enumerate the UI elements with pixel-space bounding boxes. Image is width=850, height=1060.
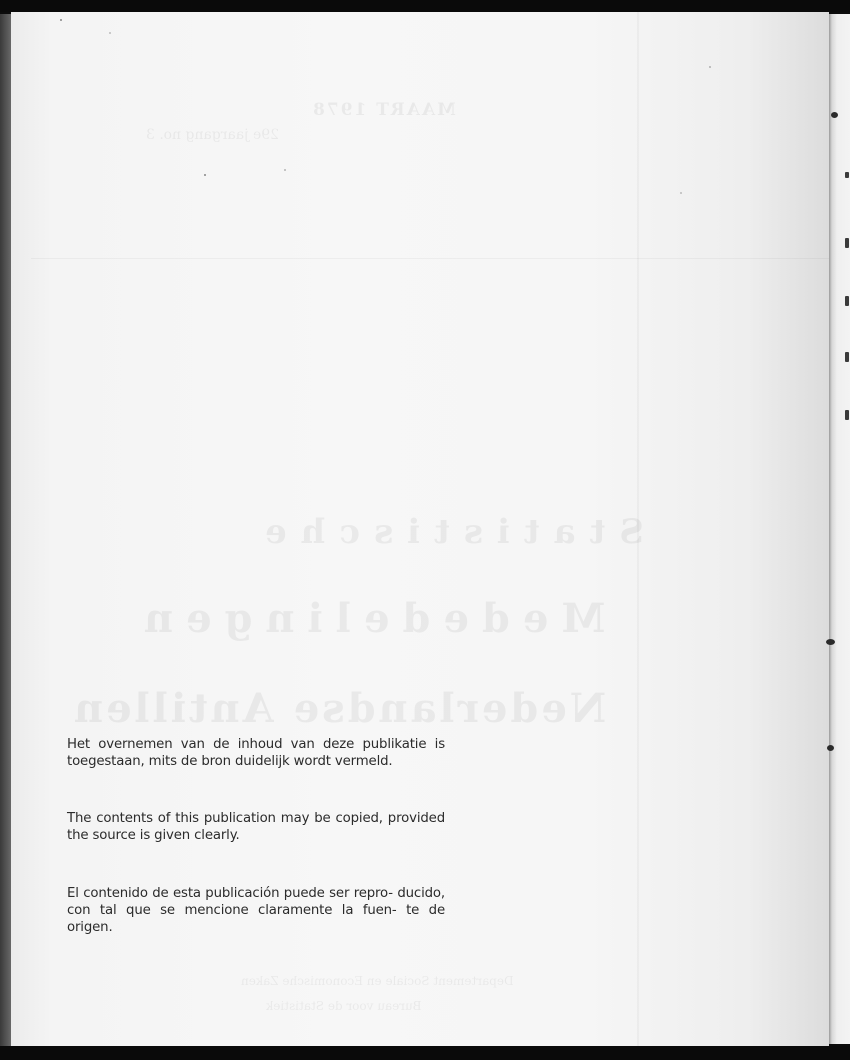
binding-hole xyxy=(826,639,835,645)
copyright-notice-english: The contents of this publication may be … xyxy=(67,810,445,844)
spine-mark xyxy=(845,410,849,420)
bleed-through-date: MAART 1978 xyxy=(311,100,456,120)
bleed-through-volume: 29e jaargang no. 3 xyxy=(146,127,279,143)
bleed-through-department: Departement Sociale en Economische Zaken xyxy=(241,974,514,988)
scan-top-border xyxy=(0,0,850,12)
scan-bottom-border xyxy=(0,1046,850,1060)
spine-mark xyxy=(845,238,849,248)
binding-hole xyxy=(827,745,834,751)
dust-speck xyxy=(60,19,62,21)
spine-mark xyxy=(845,352,849,362)
bleed-through-title-1: Statistische xyxy=(251,512,644,552)
bleed-through-rule xyxy=(31,258,831,259)
bleed-through-title-3: Nederlandse Antillen xyxy=(71,685,606,732)
scanned-document: MAART 1978 29e jaargang no. 3 Statistisc… xyxy=(0,0,850,1060)
spine-mark xyxy=(845,172,849,178)
dust-speck xyxy=(204,174,206,176)
dust-speck xyxy=(709,66,711,68)
spine-mark xyxy=(845,296,849,306)
bleed-through-title-2: Mededelingen xyxy=(131,595,606,642)
copyright-notice-spanish: El contenido de esta publicación puede s… xyxy=(67,885,445,936)
page-spine xyxy=(829,14,850,1044)
dust-speck xyxy=(680,192,682,194)
document-page: MAART 1978 29e jaargang no. 3 Statistisc… xyxy=(11,12,829,1048)
copyright-notice-dutch: Het overnemen van de inhoud van deze pub… xyxy=(67,736,445,770)
binding-hole xyxy=(831,112,838,118)
dust-speck xyxy=(109,32,111,34)
dust-speck xyxy=(284,169,286,171)
bleed-through-bureau: Bureau voor de Statistiek xyxy=(266,999,422,1013)
